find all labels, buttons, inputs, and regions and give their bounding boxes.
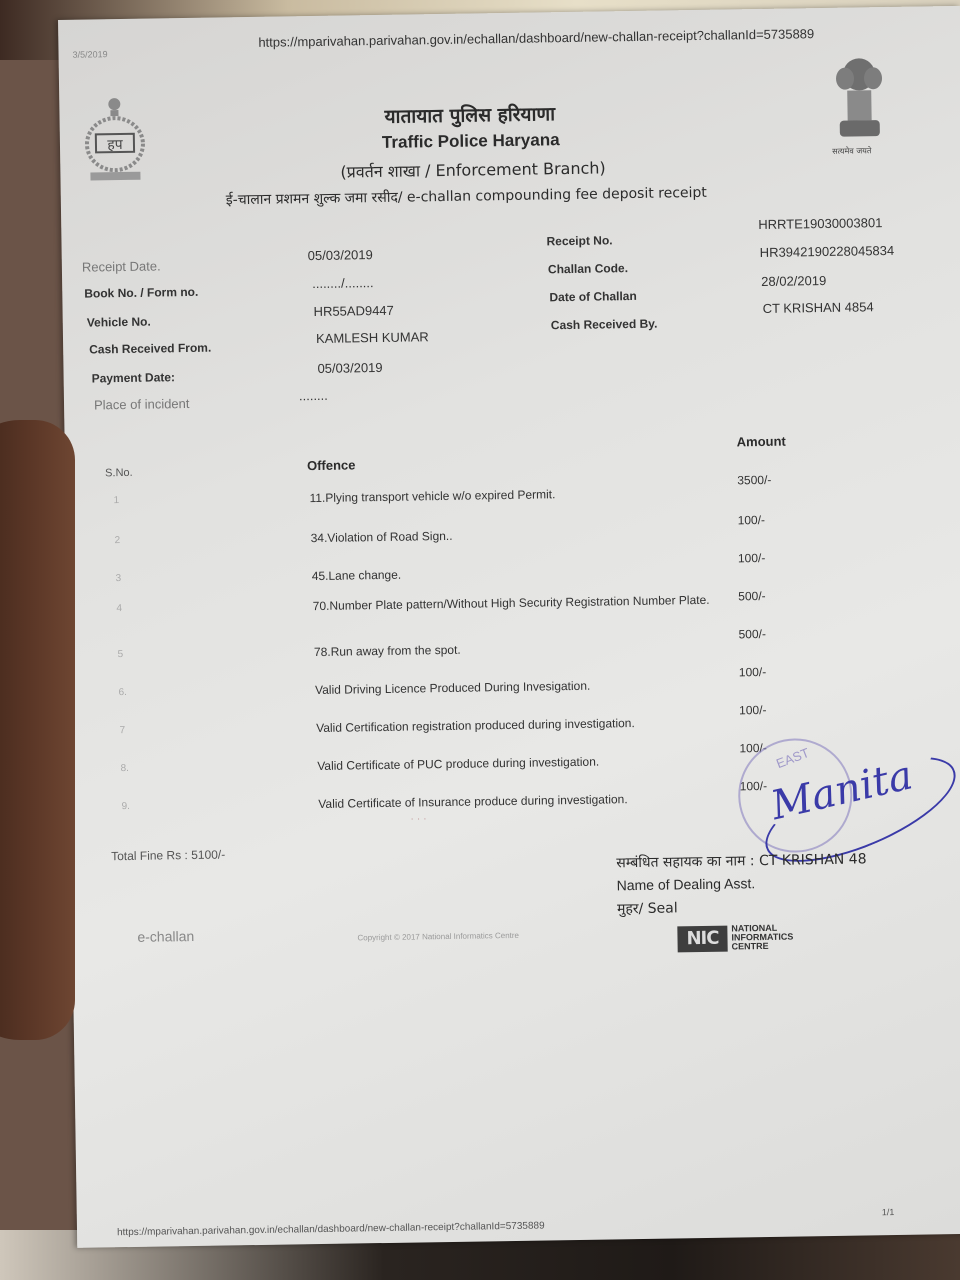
offence-header: Offence	[307, 457, 356, 473]
receipt-no-label: Receipt No.	[546, 233, 612, 248]
seal-label: मुहर/ Seal	[617, 898, 678, 918]
row-amount: 100/-	[739, 703, 767, 717]
payment-date-value: 05/03/2019	[317, 360, 382, 376]
sno-header: S.No.	[105, 467, 133, 479]
echallan-logo: e-challan	[137, 928, 194, 945]
row-sno: 3	[115, 573, 121, 584]
challan-code-label: Challan Code.	[548, 261, 628, 276]
row-offence: 34.Violation of Road Sign..	[311, 524, 711, 546]
ashoka-emblem-icon	[829, 52, 890, 148]
vehicle-no-label: Vehicle No.	[87, 315, 151, 330]
row-sno: 1	[113, 495, 119, 506]
title-hindi: यातायात पुलिस हरियाणा	[384, 100, 555, 129]
receipt-subtitle: ई-चालान प्रशमन शुल्क जमा रसीद/ e-challan…	[226, 183, 707, 210]
row-offence: 70.Number Plate pattern/Without High Sec…	[313, 592, 713, 614]
cash-received-from-label: Cash Received From.	[89, 341, 211, 357]
copyright-text: Copyright © 2017 National Informatics Ce…	[357, 931, 519, 943]
cash-received-by-label: Cash Received By.	[551, 317, 658, 333]
row-offence: Valid Certificate of Insurance produce d…	[318, 790, 718, 812]
row-amount: 3500/-	[737, 473, 771, 488]
svg-text:हप: हप	[107, 137, 124, 153]
receipt-no-value: HRRTE19030003801	[758, 215, 882, 232]
receipt-date-label: Receipt Date.	[82, 258, 161, 274]
nic-logo-mark: NIC	[677, 925, 727, 952]
dealing-asst-english: Name of Dealing Asst.	[617, 875, 756, 893]
row-offence: 78.Run away from the spot.	[314, 638, 714, 660]
row-sno: 5	[117, 649, 123, 660]
row-amount: 100/-	[739, 665, 767, 679]
total-fine: Total Fine Rs : 5100/-	[111, 847, 225, 863]
haryana-police-emblem-icon: हप	[79, 94, 150, 185]
dealing-asst-hindi: सम्बंधित सहायक का नाम : CT KRISHAN 48	[616, 849, 867, 872]
date-of-challan-value: 28/02/2019	[761, 273, 826, 289]
nic-logo: NIC NATIONAL INFORMATICS CENTRE	[677, 924, 793, 953]
branch-name: (प्रवर्तन शाखा / Enforcement Branch)	[340, 156, 606, 182]
print-url-footer: https://mparivahan.parivahan.gov.in/echa…	[117, 1221, 545, 1239]
row-sno: 7	[119, 725, 125, 736]
row-sno: 6.	[118, 687, 127, 698]
place-of-incident-label: Place of incident	[94, 396, 190, 412]
row-offence: 45.Lane change.	[312, 562, 712, 584]
row-sno: 2	[114, 535, 120, 546]
cash-received-from-value: KAMLESH KUMAR	[316, 329, 429, 346]
receipt-sheet: https://mparivahan.parivahan.gov.in/echa…	[58, 6, 960, 1248]
faint-hindi-note: · · ·	[411, 814, 427, 825]
row-sno: 8.	[120, 763, 129, 774]
book-form-value: ......../........	[312, 275, 374, 291]
row-amount: 500/-	[738, 589, 766, 603]
nic-logo-text: NATIONAL INFORMATICS CENTRE	[731, 924, 793, 952]
emblem-motto: सत्यमेव जयते	[832, 145, 871, 157]
row-amount: 100/-	[738, 551, 766, 565]
title-english: Traffic Police Haryana	[382, 130, 560, 153]
print-date: 3/5/2019	[72, 49, 107, 60]
print-url-header: https://mparivahan.parivahan.gov.in/echa…	[258, 26, 814, 50]
row-amount: 100/-	[738, 513, 766, 527]
row-offence: Valid Driving Licence Produced During In…	[315, 676, 715, 698]
place-of-incident-value: ........	[299, 388, 328, 403]
row-offence: 11.Plying transport vehicle w/o expired …	[309, 484, 709, 506]
page-indicator: 1/1	[882, 1207, 895, 1217]
row-offence: Valid Certification registration produce…	[316, 714, 716, 736]
row-sno: 9.	[121, 801, 130, 812]
book-form-label: Book No. / Form no.	[84, 285, 198, 301]
cash-received-by-value: CT KRISHAN 4854	[763, 299, 874, 316]
amount-header: Amount	[737, 434, 786, 450]
row-offence: Valid Certificate of PUC produce during …	[317, 752, 717, 774]
date-of-challan-label: Date of Challan	[549, 289, 637, 304]
challan-code-value: HR3942190228045834	[760, 243, 895, 260]
holding-hand	[0, 420, 75, 1040]
vehicle-no-value: HR55AD9447	[313, 303, 393, 319]
payment-date-label: Payment Date:	[92, 370, 176, 385]
receipt-date-value: 05/03/2019	[308, 247, 373, 263]
row-sno: 4	[116, 603, 122, 614]
row-amount: 500/-	[738, 627, 766, 641]
